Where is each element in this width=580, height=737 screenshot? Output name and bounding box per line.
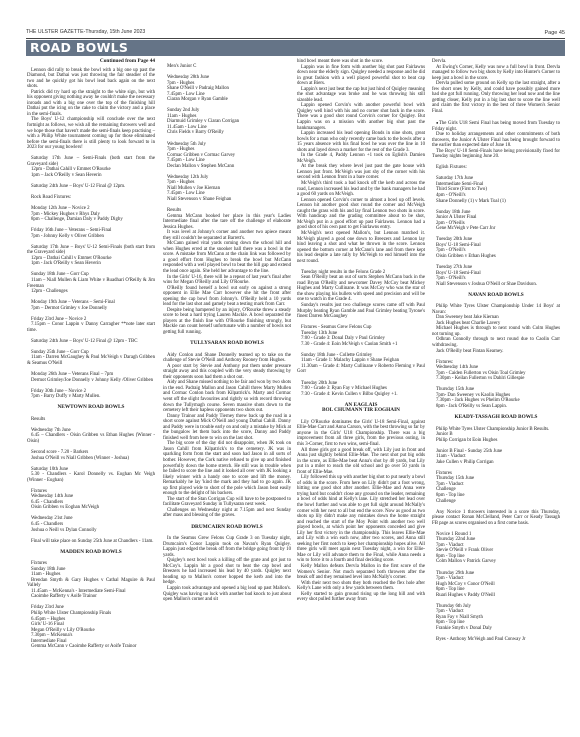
article-paragraph: Aidy Conlon and Shane Donnelly teamed up… (163, 353, 291, 364)
column-3: hind bowl meant there was shot in the sc… (297, 59, 425, 603)
fixture-block: Fixtures Sunday 18th June 11am - Hughes … (27, 561, 155, 600)
fixture-block: Thursday 6th July 7pm - Viaduct Ryan Fay… (432, 604, 560, 632)
article-paragraph: The Boys' U-12 championship will conclud… (27, 117, 155, 150)
article-paragraph: Lappin increased his lead opening Bonds … (297, 131, 425, 153)
fixture-line: 7.30 - Grade 4: Eoin McVeigh v Caolan Sm… (297, 342, 425, 348)
page-number: Page 45 (545, 30, 566, 36)
article-paragraph: Dervla pulled some ground on Kelly up th… (432, 81, 560, 114)
article-paragraph: Lennon opened Corvin's corner to almost … (297, 198, 425, 231)
fixture-block: Friday 23rd June Philip White Ulster Cha… (27, 605, 155, 649)
article-paragraph: Lappin opened Corvin's with another powe… (297, 103, 425, 131)
fixture-block: Monday 26th June – Veterans Final – 7pm … (27, 372, 155, 383)
publication-dateline: THE ULSTER GAZETTE-Thursday, 15th June 2… (26, 29, 145, 35)
article-paragraph: Lily followed this up with another big s… (297, 475, 425, 564)
fixture-line: 1pm - Jack O'Reilly v Sean Heverin (27, 261, 155, 267)
article-paragraph: McCann gained vital yards coming down th… (163, 241, 291, 274)
notice-bullet: The Girls U18 Semi Final has being moved… (432, 120, 560, 132)
subheading: Eglish Fixtures: (432, 165, 560, 171)
club-heading-bol-chumann: BOL CHUMANN TIR EOGHAIN (297, 408, 425, 414)
article-paragraph: In the Grade 4, Paddy Lennon +1 took on … (297, 153, 425, 164)
subheading: Rock Road Fixtures: (27, 195, 155, 201)
fixture-block: Wednesday 5th July 7pm - Hughes Cormac G… (163, 142, 291, 170)
fixture-line: 7.15pm – Conor Lappin v Danny Carragher … (27, 322, 155, 333)
article-paragraph: Any Novice 1 throwers interested in a sc… (432, 510, 560, 527)
fixture-block: Tuesday 20th June Boys' U-18 Semi-Final … (432, 237, 560, 259)
fixture-block: Fixtures Wednesday 14th June 6.45 - Chan… (27, 489, 155, 511)
article-paragraph: McVeigh's third took a bad knock off the… (297, 181, 425, 198)
subheading: Men's Junior C (163, 64, 291, 70)
fixture-date: Saturday 24th June – Boys' U-12 Final @ … (27, 184, 155, 190)
article-paragraph: O'Reilly found herself a bowl out early … (163, 286, 291, 308)
fixture-line: 7pm – Dermot Grimley v Joe Donnelly (27, 306, 155, 312)
fixture-block: Tuesday 20th June 7:00 - Grade 3: Ryan F… (297, 381, 425, 398)
article-paragraph: Lappin took advantage and opened a big l… (163, 586, 291, 603)
fixture-line: Dermot Grimley/Joe Donnelly v Johnny Kel… (27, 378, 155, 384)
article-paragraph: Patrick did try hard up the straight to … (27, 90, 155, 118)
fixture-date: Saturday 24th June – Boys' U-12 Final @ … (27, 339, 155, 345)
fixture-block: Junior B Final - Sunday 25th June 11am -… (432, 449, 560, 466)
article-paragraph: Final will take place on Sunday 25th Jun… (27, 539, 155, 545)
fixture-line: 7.30pm - Keilan Fullerton vs Dahlri Gill… (432, 376, 560, 382)
article-paragraph: In the Girls' U-16, there will be a repe… (163, 275, 291, 286)
fixture-line: Jake Cullen v Philip Corrigan (432, 460, 560, 466)
fixture-line: 11am - Darren McGaughey & Paul McVeigh v… (27, 355, 155, 366)
article-paragraph: It was level at Johnny's corner and anot… (163, 230, 291, 241)
fixture-date: Saturday 17th June – Boys' U-12 Semi-Fin… (27, 245, 155, 256)
fixture-block: Wednesday 12th July 7pm - Hughes Niall M… (163, 175, 291, 203)
article-paragraph: The start of the Stan Corrigan Cup will … (163, 497, 291, 508)
fixture-block: Sunday 25th June – Gorr Cup 11am - Darre… (27, 350, 155, 367)
fixture-block: Fixtures - Seamus Grew Felons Cup Tuesda… (297, 325, 425, 347)
article-paragraph: A poor start by Stevie and Anthony put t… (163, 364, 291, 381)
column-2: Men's Junior C Wednesday 28th June 7pm -… (163, 59, 291, 603)
fixture-block: Novice 1 Round 1 Thursday 22nd June 7pm … (432, 532, 560, 565)
fixture-line: Brendan Smyth & Gary Hughes v Cathal Mag… (27, 578, 155, 589)
result-line: Odhran Connolly through to next round du… (432, 337, 560, 348)
article-paragraph: Philip White Tyres Ulster Championship U… (432, 304, 560, 315)
club-heading-madden: MADDEN ROAD BOWLS (27, 550, 155, 556)
article-paragraph: Danny Trainor and Paddy Tierney threw ba… (163, 414, 291, 442)
fixture-line: 8pm - Jack O'Reilly vs Sean Lappin. (432, 404, 560, 410)
fixture-block: Sunday 2nd July 11am - Hughes Diarmuid G… (163, 108, 291, 136)
article-paragraph: Challenges on Wednesday night at 7.15pm … (163, 508, 291, 519)
column-1: Continued from Page 44 Lennon did rally … (27, 59, 155, 655)
article-paragraph: In the Seamus Grew Felons Cup Grade 3 on… (163, 536, 291, 558)
article-paragraph: At Ewing's Corner, Kelly was now a full … (432, 65, 560, 82)
fixture-line: Frankie Smyth v Donal Daly (432, 626, 560, 632)
article-paragraph: Sean O'Reilly beat an out of sorts Steph… (297, 275, 425, 303)
fixture-line: Ciaran Morgan v Ryan Gamble (163, 97, 291, 103)
club-heading-newtown: NEWTOWN ROAD BOWLS (27, 405, 155, 411)
result-block: Saturday 10th June 5.30 - Chandlers - Ka… (27, 467, 155, 484)
section-header-bar: ROAD BOWLS (26, 40, 565, 56)
result-line: Joshua O'Neill vs Niall Gribben (Winner … (27, 456, 155, 462)
result-line: Jack O'Reilly beat Fintan Kearney. (432, 349, 560, 355)
section-title: ROAD BOWLS (30, 40, 128, 56)
fixture-line: 8pm – Challenge, Damian Daly v Paddy Dig… (27, 217, 155, 223)
fixture-line: 1pm – Jack O'Reilly v Sean Heverin (27, 173, 155, 179)
fixture-block: Thursday 15th June 7pm- Dan Sweeney vs K… (432, 387, 560, 409)
fixture-line: Niall Stevenson v Joshua O'Neill or Shae… (432, 282, 560, 288)
article-paragraph: The Boys' U-18 Semi-Finals have being pr… (432, 149, 560, 160)
fixture-block: Saturday 17th June – Semi-Finals (both s… (27, 156, 155, 178)
fixture-line: Caoimhe Rafferty v Aoife Trainor (27, 594, 155, 600)
fixture-line: Colm Mallon v Patrick Garvey (432, 559, 560, 565)
fixture-block: Sunday 18th June Junior A Ulster Final 2… (432, 210, 560, 232)
article-paragraph: Due to holiday arrangements and other co… (432, 132, 560, 149)
fixture-line: Joshua o Neill vs Dylan Connolly (27, 528, 155, 534)
fixture-line: 12pm - Challenges (27, 289, 155, 295)
article-paragraph: Lily O'Rourke dominates the Girls' U-18 … (297, 420, 425, 448)
club-heading-drumcairn: DRUMCAIRN ROAD BOWLS (163, 525, 291, 531)
fixture-block: Fixtures: Wednesday 14th June 7pm - Caid… (432, 360, 560, 382)
club-heading-keady-tassagh: KEADY-TASSAGH ROAD BOWLS (432, 415, 560, 421)
result-block: Wednesday 7th June 6.45 – Chandlers - Oi… (27, 428, 155, 445)
continued-from-label: Continued from Page 44 (27, 59, 155, 65)
fixture-line: Chris Fields v Barry O'Reilly (163, 130, 291, 136)
fixture-block: Saturday 17th June Intermediate Semi-Fin… (432, 176, 560, 204)
fixture-block: Monday 19th June – Veterans – Semi-Final… (27, 300, 155, 311)
article-paragraph: McVeigh's next opened Mallon's, but Lenn… (297, 231, 425, 264)
article-paragraph: Gemma McCann booked her place in this ye… (163, 214, 291, 231)
fixture-block: Monday 12th June – Novice 2 7pm - Mickey… (27, 206, 155, 223)
subheading: Results (27, 417, 155, 423)
fixture-block: Thursday 29th June 7pm - Viaduct Hugh Mc… (432, 571, 560, 599)
article-paragraph: Lappin's next just beat the cap but just… (297, 87, 425, 104)
article-paragraph: Kelly Mallon defeats Dervla Mallon in th… (297, 564, 425, 581)
article-paragraph: All three girls got a good break off, wi… (297, 448, 425, 476)
article-paragraph: Kelly started to gain ground rising up t… (297, 592, 425, 603)
result-line: Michael Hughes is through to next round … (432, 326, 560, 337)
masthead: THE ULSTER GAZETTE-Thursday, 15th June 2… (26, 28, 565, 39)
fixture-line: Oisin Gribben v Ethan Hughes (432, 254, 560, 260)
column-4: Dervla. At Ewing's Corner, Kelly was now… (432, 59, 560, 643)
article-paragraph: At the break they where level just past … (297, 164, 425, 181)
fixture-block: Fixtures Thursday 15th June 7pm - Viaduc… (432, 471, 560, 504)
byes-note: Byes - Anthony McVeigh and Paul Conway J… (432, 637, 560, 643)
fixture-line: 11am – Niall Mullen & Liam White v Ruadh… (27, 278, 155, 289)
fixture-block: Friday 30th June – Novice 2 7pm - Barry … (27, 389, 155, 400)
article-paragraph: Lennon did rally to break the bowl with … (27, 68, 155, 90)
article-paragraph: Aidy and Shane missed nothing to be fair… (163, 380, 291, 413)
fixture-line: Declan Mallon v Stephen McCann (163, 164, 291, 170)
fixture-block: Saturday 17th June – Boys' U-12 Semi-Fin… (27, 245, 155, 267)
result-block: Second score - 7.20 - Barkers Joshua O'N… (27, 450, 155, 461)
fixture-line: 11.30am – Grade 4: Marty Cullinane v Rob… (297, 364, 425, 375)
fixture-block: Sunday 18th June – Gorr Cup 11am – Niall… (27, 272, 155, 294)
fixture-line: Ruari Hughes v Paddy O'Neill (432, 593, 560, 599)
fixture-block: Friday 16th June – Veterans – Semi-Final… (27, 228, 155, 239)
article-paragraph: The big score of the day did not disappo… (163, 441, 291, 496)
fixture-block: Sunday 18th June - Collette Grimley 11am… (297, 353, 425, 375)
fixture-date: Saturday 17th June – Semi-Finals (both s… (27, 156, 155, 167)
club-heading-navan: NAVAN ROAD BOWLS (432, 293, 560, 299)
article-paragraph: Lappin was in fine form with another big… (297, 65, 425, 87)
article-paragraph: Despite being hampered by an injury, O'R… (163, 308, 291, 336)
fixture-line: 7pm - Johnny Kelly v Oliver Gribben (27, 234, 155, 240)
article-paragraph: Quigley's next bowl took a killing off t… (163, 558, 291, 586)
fixture-line: 7:30 - Grade 4: Kevin Cullen v Bilbo Qui… (297, 392, 425, 398)
fixture-block: Wednesday 21st June 6.45 - Chandlers Jos… (27, 516, 155, 533)
result-line: 6.45 – Chandlers - Oisin Gribben vs Etha… (27, 433, 155, 444)
fixture-line: Challenge (432, 499, 560, 505)
fixture-line: Shane Donnelly (1) v Mark Toal (1) (432, 199, 560, 205)
result-line: Philip Corrigan bt Eoin Hughes (432, 438, 560, 444)
fixture-line: Niall Stevenson v Shane Feighan (163, 197, 291, 203)
fixture-block: Tuesday 27th June Boys' U-18 Semi-Final … (432, 265, 560, 287)
result-line: 5.30 - Chandlers - Karol Donnelly vs. Eo… (27, 472, 155, 483)
article-paragraph: With their next two shots they both reac… (297, 581, 425, 592)
club-heading-tullysaran: TULLYSARAN ROAD BOWLS (163, 341, 291, 347)
fixture-line: Oisin Gribben vs Eoghan McVeigh (27, 505, 155, 511)
fixture-line: Gene McVeigh v Pete Carr Jnr (432, 226, 560, 232)
fixture-line: 7pm - Barry Duffy v Marty Mullen. (27, 394, 155, 400)
fixture-block: Friday 23rd June – Novice 2 7.15pm – Con… (27, 317, 155, 334)
fixture-block: Wednesday 28th June 7pm - Hughes Shane O… (163, 75, 291, 103)
article-paragraph: Sunday's results just two challenge scor… (297, 303, 425, 320)
fixture-line: Gemma McCann v Caoimhe Rafferty or Aoife… (27, 644, 155, 650)
